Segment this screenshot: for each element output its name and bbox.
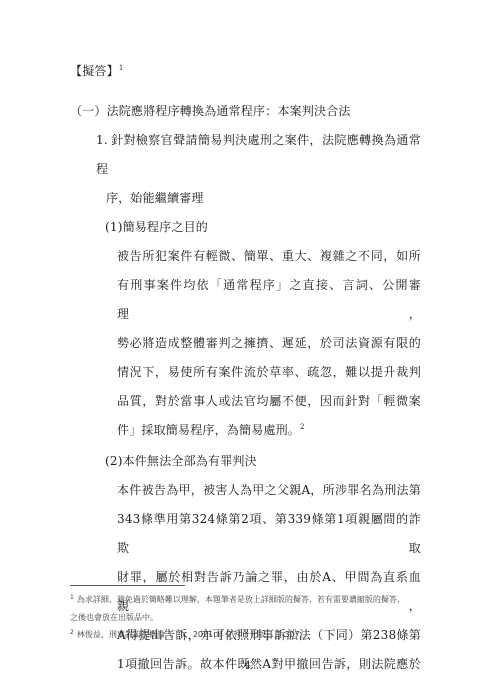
subsection-2-paragraph: 本件被告為甲，被害人為甲之父親A，所涉罪名為刑法第 343條準用第324條第2項… (117, 476, 421, 679)
subsection-1-paragraph: 被告所犯案件有輕微、簡單、重大、複雜之不同，如所 有刑事案件均依「通常程序」之直… (117, 242, 421, 447)
body-line-text: 件」採取簡易程序，為簡易處刑。 (117, 423, 300, 437)
section-title: 法院應將程序轉換為通常程序：本案判決合法 (107, 104, 351, 118)
footnote-2-text: 林俊益，刑事訴訟法概論（下），2021 年 9 月十七版，頁 307。 (77, 630, 308, 639)
body-line: 本件被告為甲，被害人為甲之父親A，所涉罪名為刑法第 (117, 476, 421, 505)
footnotes-area: 1為求詳細、避免過於簡略難以理解，本題筆者是放上詳細版的擬答，若有需要濃縮版的擬… (70, 585, 410, 644)
answer-heading-text: 【擬答】 (70, 64, 119, 78)
footnote-ref-2: 2 (300, 423, 304, 431)
subsection-1-title-line: (1)簡易程序之目的 (105, 213, 421, 242)
item-line-text: 針對檢察官聲請簡易判決處刑之案件，法院應轉換為通常程 (96, 133, 421, 176)
answer-heading: 【擬答】1 (70, 57, 421, 88)
section-heading: （一）法院應將程序轉換為通常程序：本案判決合法 (70, 97, 421, 126)
item-number: 1. (96, 133, 108, 147)
page-number: 4 (0, 660, 495, 671)
footnote-separator (70, 585, 185, 586)
footnote-ref-1: 1 (119, 64, 123, 72)
body-line: 1.針對檢察官聲請簡易判決處刑之案件，法院應轉換為通常程 (96, 126, 421, 184)
subsection-1-label: (1) (105, 220, 123, 234)
body-line: 情況下，易使所有案件流於草率、疏忽，難以提升裁判 (117, 358, 421, 387)
footnote-1-marker: 1 (70, 594, 74, 601)
subsection-1: (1)簡易程序之目的 被告所犯案件有輕微、簡單、重大、複雜之不同，如所 有刑事案… (105, 213, 421, 447)
body-line: 有刑事案件均依「通常程序」之直接、言詞、公開審理， (117, 271, 421, 329)
subsection-2: (2)本件無法全部為有罪判決 本件被告為甲，被害人為甲之父親A，所涉罪名為刑法第… (105, 447, 421, 679)
body-line: 被告所犯案件有輕微、簡單、重大、複雜之不同，如所 (117, 242, 421, 271)
body-line: 序，始能繼續審理 (106, 184, 421, 213)
body-line: 品質，對於當事人或法官均屬不便，因而針對「輕微案 (117, 387, 421, 416)
footnote-1: 1為求詳細、避免過於簡略難以理解，本題筆者是放上詳細版的擬答，若有需要濃縮版的擬… (70, 591, 410, 626)
subsection-1-title: 簡易程序之目的 (123, 220, 208, 234)
document-page: 【擬答】1 （一）法院應將程序轉換為通常程序：本案判決合法 1.針對檢察官聲請簡… (0, 0, 495, 700)
subsection-2-title: 本件無法全部為有罪判決 (123, 454, 257, 468)
numbered-item-1: 1.針對檢察官聲請簡易判決處刑之案件，法院應轉換為通常程 序，始能繼續審理 (96, 126, 421, 213)
subsection-2-label: (2) (105, 454, 123, 468)
footnote-2-marker: 2 (70, 629, 74, 636)
body-line: 343條準用第324條第2項、第339條第1項親屬間的詐欺取 (117, 505, 421, 563)
subsection-2-title-line: (2)本件無法全部為有罪判決 (105, 447, 421, 476)
footnote-2: 2林俊益，刑事訴訟法概論（下），2021 年 9 月十七版，頁 307。 (70, 626, 410, 644)
footnote-1-text: 為求詳細、避免過於簡略難以理解，本題筆者是放上詳細版的擬答，若有需要濃縮版的擬答… (70, 595, 405, 622)
body-line: 件」採取簡易程序，為簡易處刑。2 (117, 416, 421, 447)
section-label: （一） (70, 104, 107, 118)
body-line: 勢必將造成整體審判之擁擠、遲延，於司法資源有限的 (117, 329, 421, 358)
